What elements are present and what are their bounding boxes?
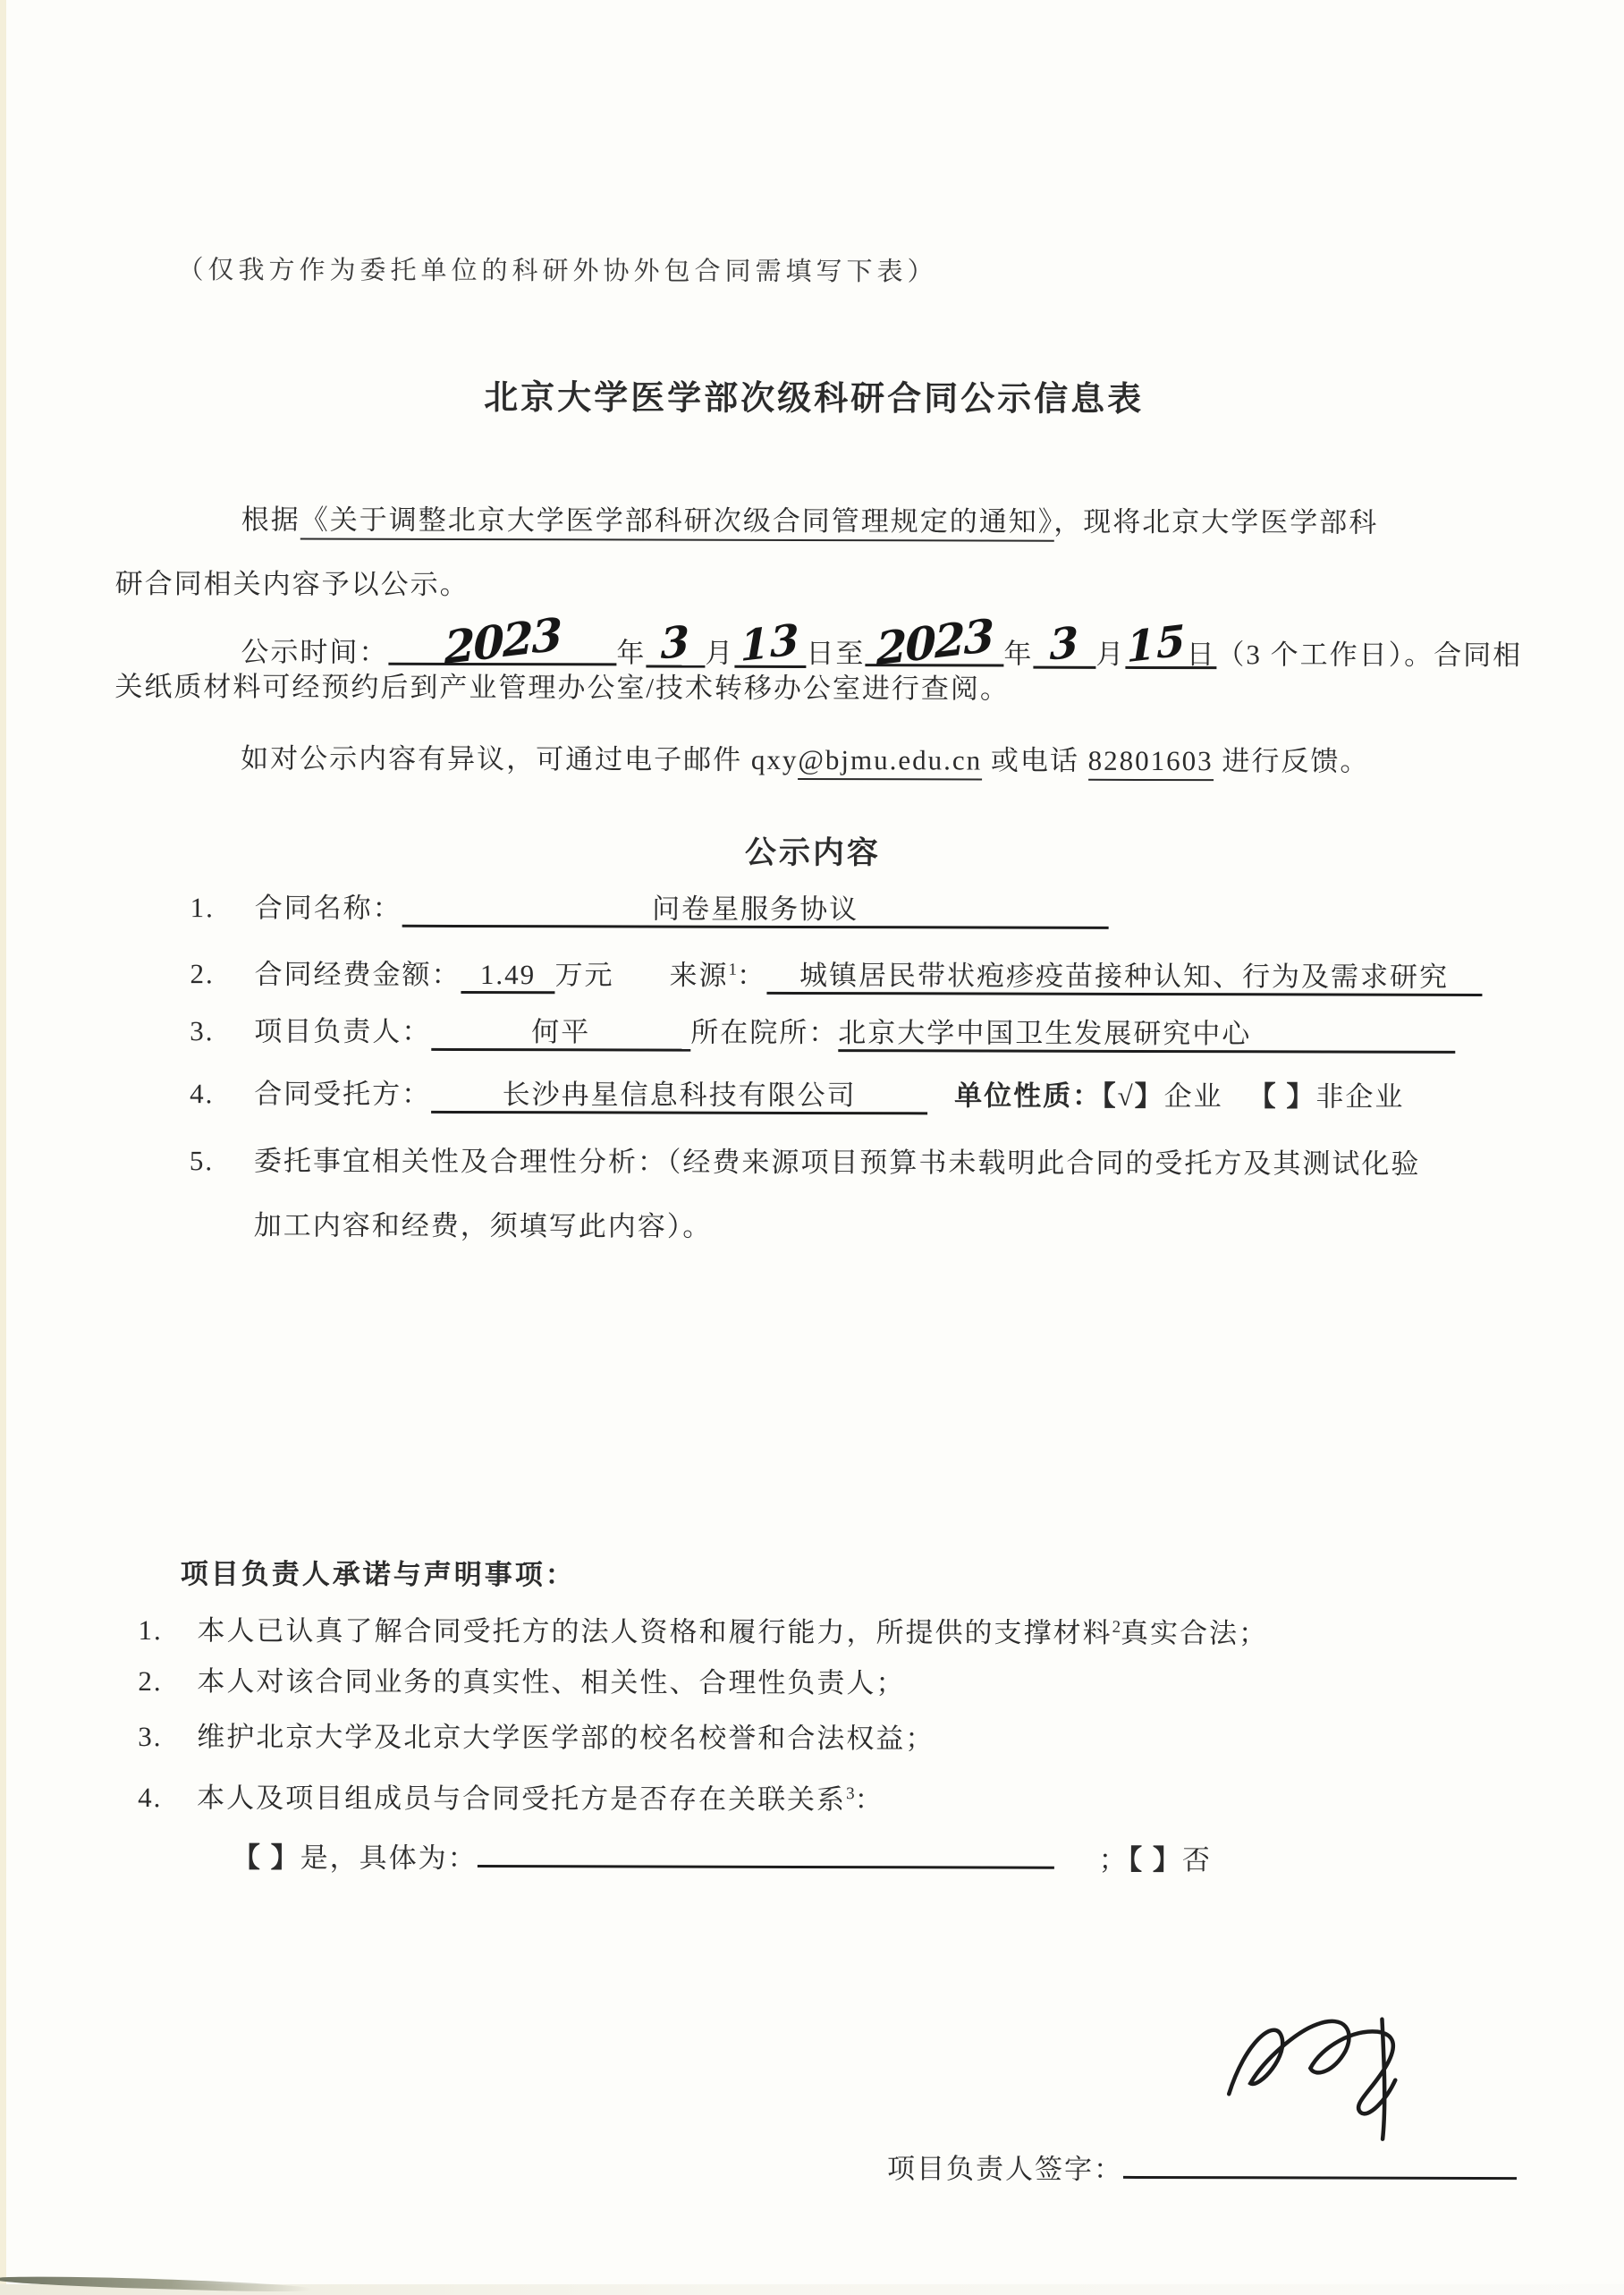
year-unit-2: 年	[1003, 639, 1033, 670]
feedback-suffix: 进行反馈。	[1214, 745, 1370, 776]
no-checkbox: 【 】	[1129, 1844, 1182, 1876]
item-project-leader: 3.项目负责人：何平所在院所：北京大学中国卫生发展研究中心	[190, 1012, 1455, 1054]
contract-name-value: 问卷星服务协议	[652, 893, 859, 926]
signature-field	[1123, 2140, 1517, 2180]
end-month-handwritten: 3	[1049, 623, 1079, 666]
publicity-time-tail: （3 个工作日）。合同相	[1216, 639, 1522, 671]
item-contract-name: 1.合同名称：问卷星服务协议	[190, 888, 1109, 930]
relation-row: 【 】是，具体为：；【 】否	[233, 1828, 1212, 1880]
declaration-title: 项目负责人承诺与声明事项：	[181, 1554, 576, 1595]
enterprise-checkbox-checked: 【√】	[1102, 1080, 1164, 1112]
footnote-marker: 3	[846, 1784, 855, 1803]
scanned-form-page: { "doc": { "note": "（仅我方作为委托单位的科研外协外包合同需…	[0, 0, 1624, 2295]
publicity-time-label: 公示时间：	[241, 636, 388, 667]
start-year-handwritten: 2023	[444, 614, 561, 668]
declaration-text: 本人对该合同业务的真实性、相关性、合理性负责人；	[197, 1665, 905, 1698]
feedback-line: 如对公示内容有异议，可通过电子邮件 qxy@bjmu.edu.cn 或电话 82…	[241, 739, 1369, 781]
declaration-text: 本人及项目组成员与合同受托方是否存在关联关系	[197, 1783, 846, 1816]
start-month-field: 3	[646, 630, 705, 668]
end-year-field: 2023	[865, 628, 1003, 666]
leader-field: 何平	[431, 1012, 690, 1052]
email-domain: @bjmu.edu.cn	[798, 744, 982, 781]
item-number: 4.	[190, 1074, 254, 1114]
start-month-handwritten: 3	[660, 622, 690, 665]
feedback-prefix: 如对公示内容有异议，可通过电子邮件	[241, 742, 751, 775]
phone-number: 82801603	[1088, 745, 1214, 781]
source-label: 来源	[669, 960, 728, 991]
declaration-number: 1.	[139, 1611, 198, 1650]
trustee-field: 长沙冉星信息科技有限公司	[431, 1075, 927, 1114]
declaration-item-2: 2.本人对该合同业务的真实性、相关性、合理性负责人；	[138, 1662, 905, 1703]
leader-label: 项目负责人：	[254, 1015, 431, 1047]
source-footnote-marker: 1	[728, 961, 737, 979]
declaration-number: 4.	[138, 1778, 197, 1817]
item-number: 3.	[190, 1012, 254, 1051]
start-year-field: 2023	[388, 627, 616, 666]
signature-row: 项目负责人签字：	[887, 2139, 1517, 2190]
source-value: 城镇居民带状疱疹疫苗接种认知、行为及需求研究	[799, 960, 1449, 993]
enterprise-option: 企业	[1164, 1080, 1223, 1112]
declaration-number: 2.	[138, 1662, 197, 1701]
declaration-item-4: 4.本人及项目组成员与合同受托方是否存在关联关系3：	[138, 1773, 884, 1820]
item-contract-trustee: 4.合同受托方：长沙冉星信息科技有限公司单位性质：【√】企业【 】非企业	[190, 1074, 1404, 1117]
item-number: 2.	[190, 955, 254, 995]
day-unit-2: 日	[1187, 639, 1216, 670]
relation-semicolon: ；	[1099, 1844, 1129, 1876]
signature-label: 项目负责人签字：	[887, 2153, 1123, 2185]
email-user: qxy	[751, 744, 799, 775]
amount-field: 1.49	[461, 955, 554, 994]
source-colon: ：	[737, 960, 766, 991]
month-unit: 月	[705, 638, 734, 669]
end-month-field: 3	[1033, 631, 1095, 669]
signature-handwriting	[1209, 2004, 1459, 2157]
amount-value: 1.49	[480, 959, 536, 990]
feedback-middle: 或电话	[982, 744, 1088, 775]
contract-name-field: 问卷星服务协议	[402, 889, 1109, 929]
declaration-text: 本人已认真了解合同受托方的法人资格和履行能力，所提供的支撑材料	[198, 1615, 1112, 1649]
day-to-unit: 日至	[806, 638, 865, 669]
document-page: （仅我方作为委托单位的科研外协外包合同需填写下表） 北京大学医学部次级科研合同公…	[0, 0, 1624, 2295]
scan-left-edge	[0, 0, 6, 2295]
source-field: 城镇居民带状疱疹疫苗接种认知、行为及需求研究	[766, 956, 1482, 996]
end-year-handwritten: 2023	[875, 615, 993, 669]
yes-label: 是，具体为：	[300, 1842, 478, 1875]
contract-name-label: 合同名称：	[255, 892, 402, 923]
declaration-number: 3.	[138, 1717, 197, 1757]
trustee-label: 合同受托方：	[254, 1078, 431, 1110]
declaration-item-3: 3.维护北京大学及北京大学医学部的校名校誉和合法权益；	[138, 1717, 935, 1758]
regulation-notice-link: 《关于调整北京大学医学部科研次级合同管理规定的通知》	[300, 504, 1054, 541]
institute-label: 所在院所：	[690, 1017, 838, 1048]
item-number: 1.	[190, 888, 255, 927]
intro-line-1: 根据《关于调整北京大学医学部科研次级合同管理规定的通知》，现将北京大学医学部科	[241, 500, 1379, 542]
section-title: 公示内容	[1, 826, 1624, 876]
end-day-field: 15日	[1125, 631, 1216, 669]
intro-line-2: 研合同相关内容予以公示。	[115, 564, 469, 605]
yes-checkbox: 【 】	[233, 1842, 300, 1873]
declaration-text-post: ：	[855, 1783, 884, 1815]
item-number: 5.	[190, 1141, 254, 1181]
trustee-value: 长沙冉星信息科技有限公司	[503, 1079, 857, 1111]
start-day-field: 13	[734, 630, 806, 668]
no-label: 否	[1182, 1844, 1212, 1876]
item-contract-amount: 2.合同经费金额：1.49万元来源1：城镇居民带状疱疹疫苗接种认知、行为及需求研…	[190, 949, 1482, 997]
analysis-line-2: 加工内容和经费，须填写此内容）。	[254, 1206, 713, 1246]
end-day-handwritten: 15	[1126, 622, 1187, 668]
start-day-handwritten: 13	[740, 621, 801, 667]
publicity-time-line-2: 关纸质材料可经预约后到产业管理办公室/技术转移办公室进行查阅。	[114, 667, 1010, 709]
institute-field: 北京大学中国卫生发展研究中心	[838, 1013, 1455, 1054]
non-enterprise-option: 非企业	[1315, 1080, 1404, 1112]
scope-note: （仅我方作为委托单位的科研外协外包合同需填写下表）	[178, 250, 938, 288]
amount-label: 合同经费金额：	[254, 959, 461, 991]
intro-prefix: 根据	[241, 504, 300, 535]
institute-value: 北京大学中国卫生发展研究中心	[838, 1017, 1251, 1049]
non-enterprise-checkbox: 【 】	[1248, 1080, 1316, 1112]
relation-detail-field	[478, 1829, 1054, 1869]
intro-suffix: ，现将北京大学医学部科	[1053, 506, 1378, 538]
declaration-text-post: 真实合法；	[1121, 1617, 1268, 1648]
year-unit: 年	[616, 637, 646, 668]
footnote-marker: 2	[1112, 1618, 1121, 1637]
item-analysis: 5.委托事宜相关性及合理性分析：（经费来源项目预算书未载明此合同的受托方及其测试…	[190, 1141, 1421, 1184]
leader-value: 何平	[531, 1016, 590, 1047]
declaration-item-1: 1.本人已认真了解合同受托方的法人资格和履行能力，所提供的支撑材料2真实合法；	[139, 1605, 1269, 1654]
form-title: 北京大学医学部次级科研合同公示信息表	[2, 368, 1624, 422]
declaration-text: 维护北京大学及北京大学医学部的校名校誉和合法权益；	[197, 1721, 935, 1754]
amount-unit: 万元	[554, 960, 613, 991]
analysis-line-1: 委托事宜相关性及合理性分析：（经费来源项目预算书未载明此合同的受托方及其测试化验	[254, 1145, 1421, 1179]
entity-type-label: 单位性质：	[954, 1080, 1102, 1111]
month-unit-2: 月	[1095, 639, 1125, 670]
